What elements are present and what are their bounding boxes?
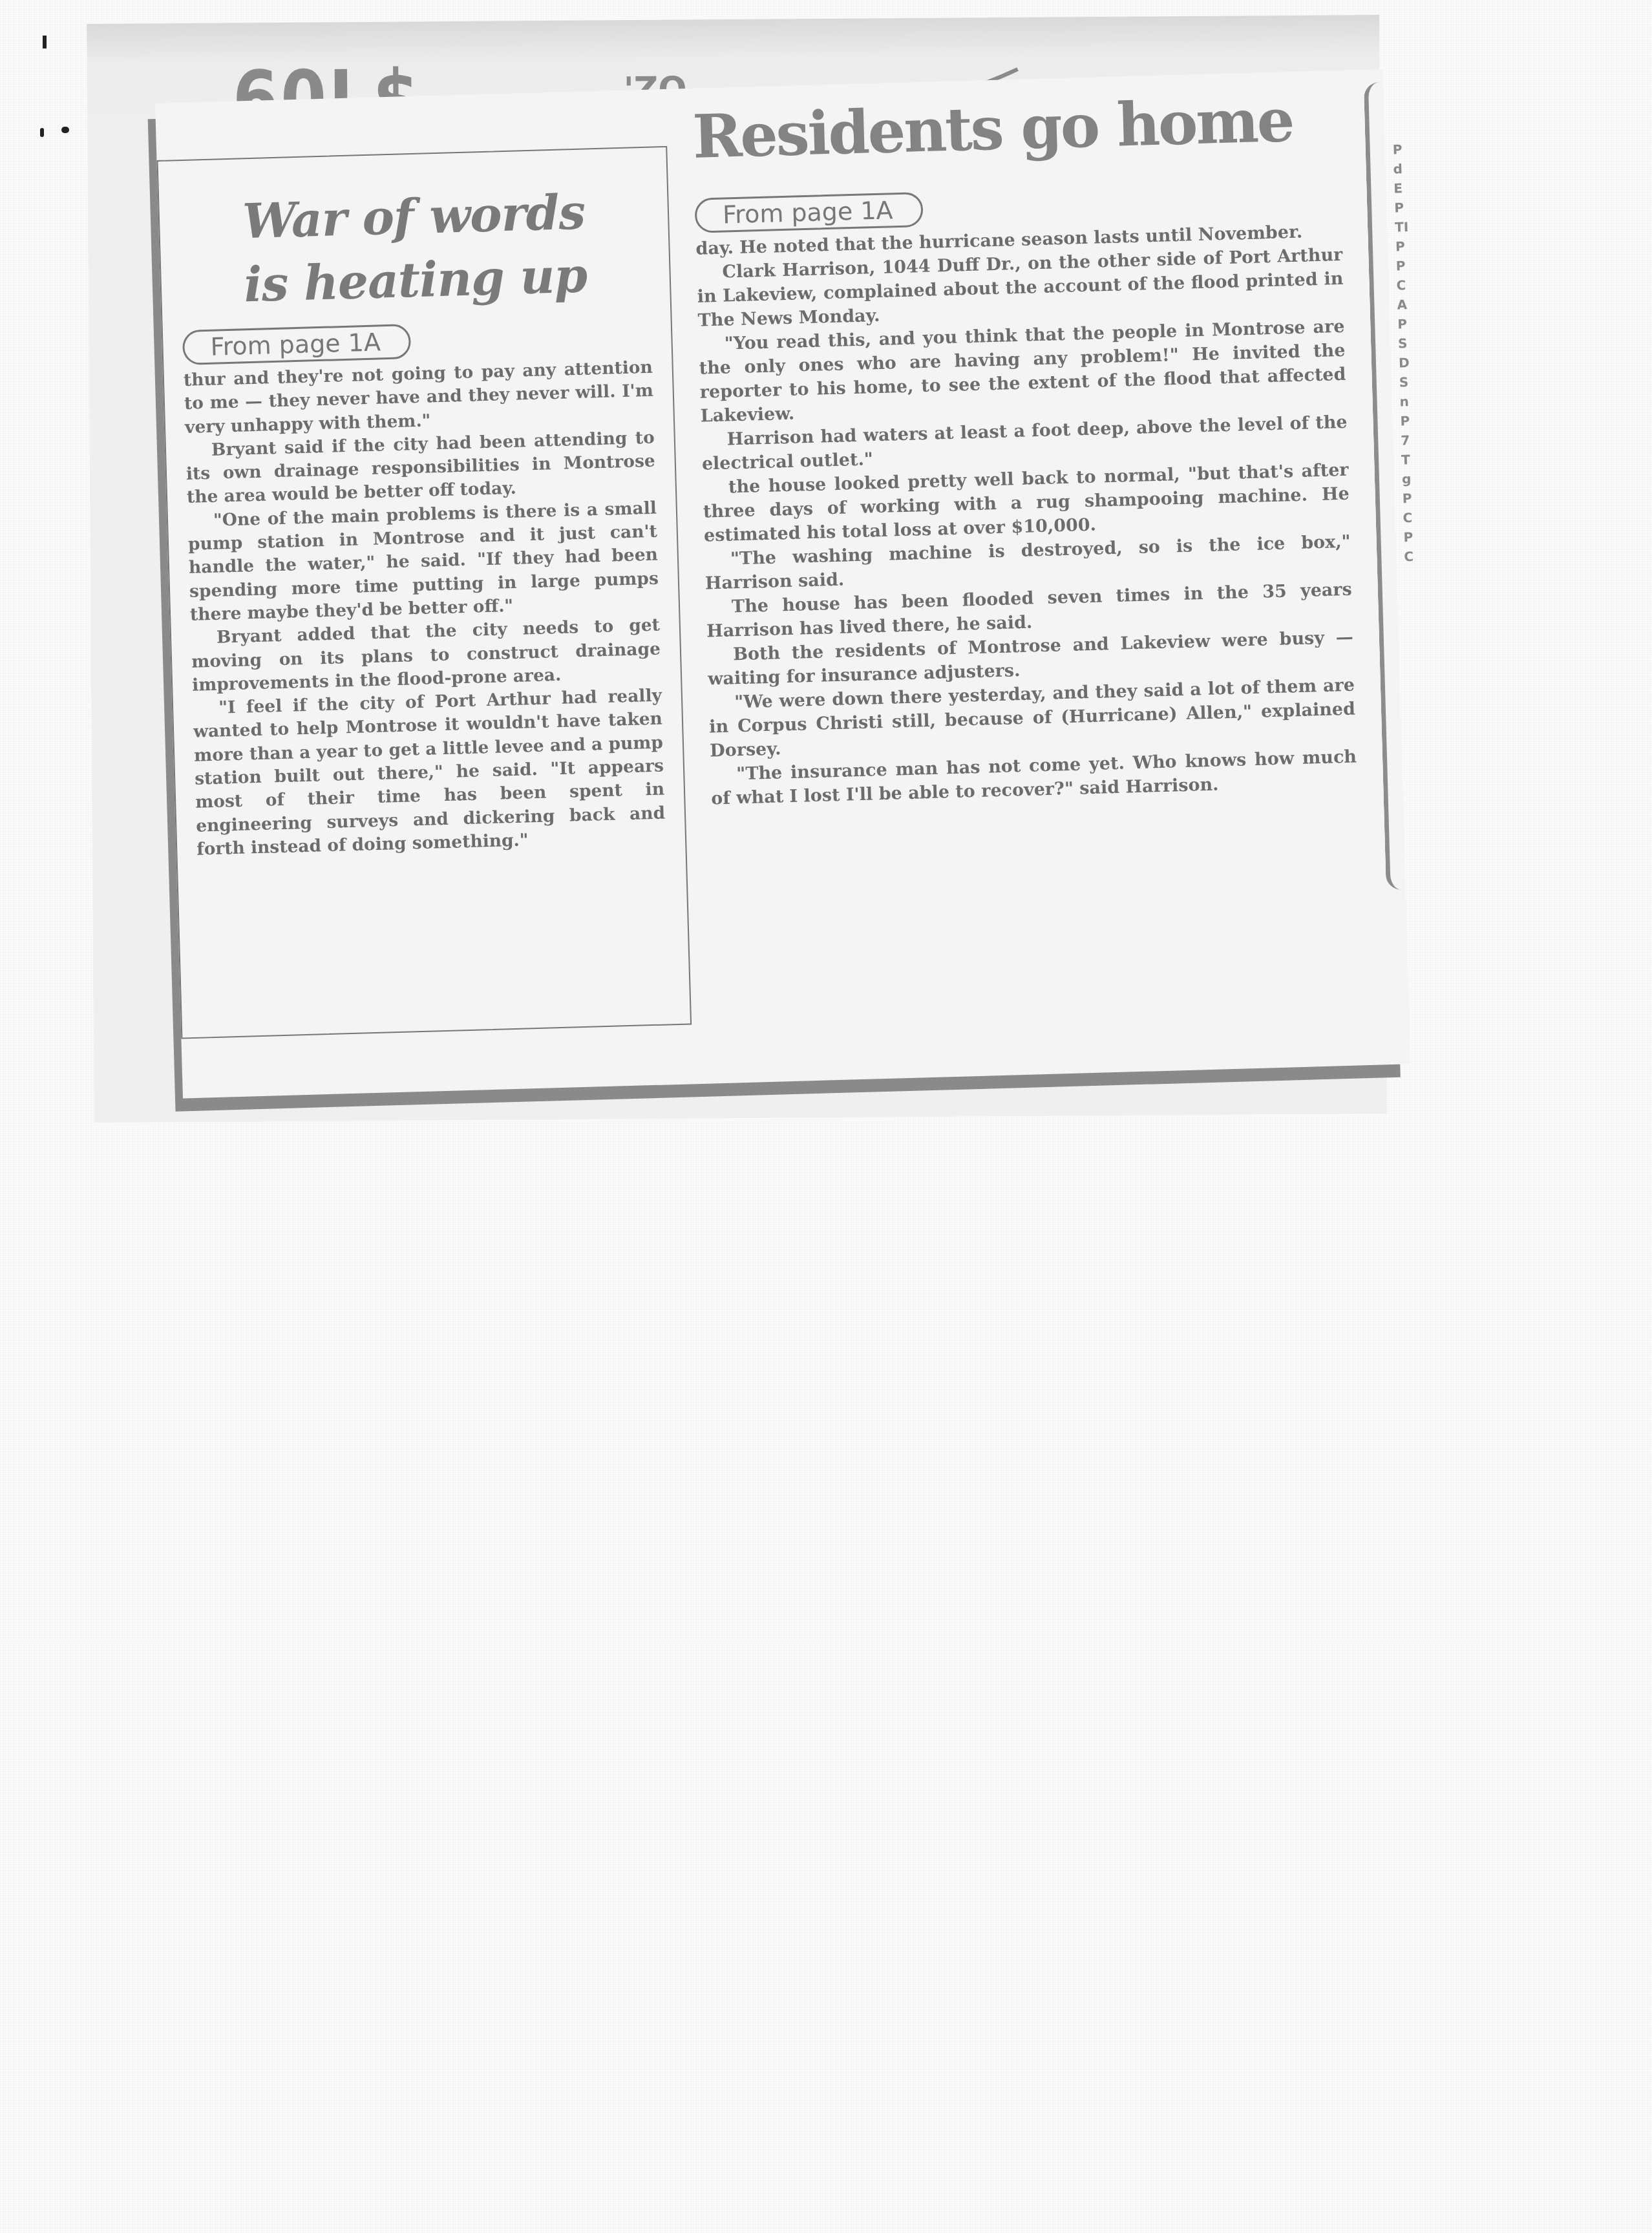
- right-story-headline: Residents go home: [692, 77, 1340, 179]
- paragraph: Bryant said if the city had been attendi…: [185, 427, 657, 510]
- left-headline-line2: is heating up: [180, 242, 651, 319]
- margin-mark: [61, 127, 69, 133]
- paragraph: Bryant added that the city needs to get …: [191, 614, 662, 697]
- right-story-body: day. He noted that the hurricane season …: [695, 219, 1357, 811]
- newspaper-clipping: War of words is heating up From page 1A …: [155, 69, 1410, 1098]
- left-jump-label: From page 1A: [182, 324, 412, 365]
- paragraph: "I feel if the city of Port Arthur had r…: [193, 684, 666, 862]
- right-jump-label: From page 1A: [694, 192, 924, 233]
- margin-mark: [40, 128, 44, 137]
- right-story: Residents go home From page 1A day. He n…: [679, 70, 1377, 1032]
- paragraph: "One of the main problems is there is a …: [187, 496, 660, 627]
- paragraph: "You read this, and you think that the p…: [698, 315, 1347, 429]
- margin-mark: [43, 36, 47, 48]
- left-story-box: War of words is heating up From page 1A …: [156, 146, 692, 1039]
- left-story-headline: War of words is heating up: [178, 179, 651, 319]
- paragraph: thur and they're not going to pay any at…: [183, 356, 654, 439]
- left-story-body: thur and they're not going to pay any at…: [183, 356, 666, 862]
